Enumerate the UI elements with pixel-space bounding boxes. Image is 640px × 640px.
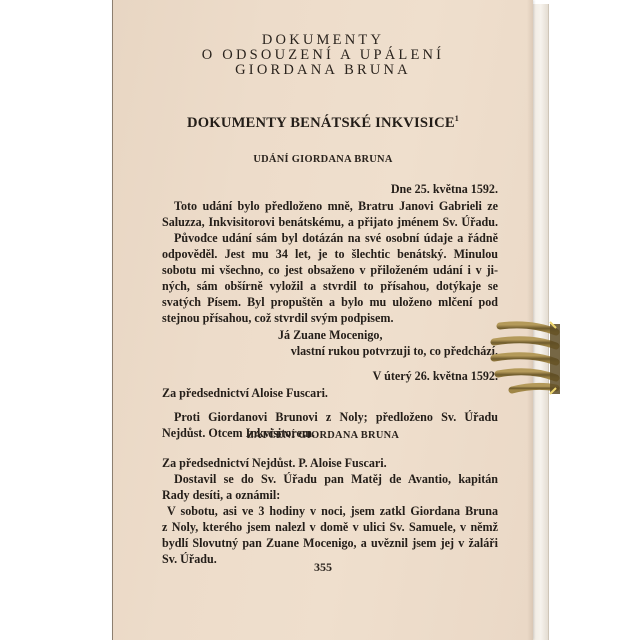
paragraph-line: Proti Giordanovi Brunovi z Noly; předlož… — [162, 410, 498, 426]
signature-line-2: vlastní rukou potvrzuji to, co předchází… — [162, 344, 498, 360]
subheading-udani: UDÁNÍ GIORDANA BRUNA — [113, 154, 533, 165]
paragraph-line: V sobotu, asi ve 3 hodiny v noci, jsem z… — [162, 504, 498, 520]
paragraph-line: z Noly, kterého jsem nalezl v domě v uli… — [162, 520, 498, 536]
paragraph-line: svatých Písem. Byl propuštěn a bylo mu u… — [162, 295, 498, 311]
paragraph-line: Původce udání sám byl dotázán na své oso… — [162, 231, 498, 247]
paragraph-line: sobotu mi všechno, co jest obsaženo v př… — [162, 263, 498, 279]
footnote-mark: 1 — [455, 114, 459, 123]
date-line-2: V úterý 26. května 1592. — [162, 369, 498, 385]
book-title-line-2: O ODSOUZENÍ A UPÁLENÍ — [113, 48, 533, 63]
paragraph-line: bydlí Slovutný pan Zuane Mocenigo, a uvě… — [162, 536, 498, 552]
section-title-text: DOKUMENTY BENÁTSKÉ INKVISICE — [187, 115, 455, 131]
book-title-line-3: GIORDANA BRUNA — [113, 63, 533, 78]
section-title: DOKUMENTY BENÁTSKÉ INKVISICE1 — [113, 114, 533, 132]
paragraph-line: odpověděl. Jest mu 34 let, je to šlechti… — [162, 247, 498, 263]
paragraph-line: Rady desíti, a oznámil: — [162, 488, 498, 504]
signature-line: Já Zuane Mocenigo, — [162, 328, 498, 344]
paragraph-line: Toto udání bylo předloženo mně, Bratru J… — [162, 199, 498, 215]
book-title-line-1: DOKUMENTY — [113, 33, 533, 48]
paragraph-line: stejnou přísahou, což stvrdil svým podpi… — [162, 311, 498, 327]
paperclip-icon — [490, 318, 562, 400]
paragraph-line: ných, sám obšírně vyložil a stvrdil to p… — [162, 279, 498, 295]
page-number: 355 — [113, 560, 533, 575]
paragraph-line: Saluzza, Inkvisitorovi benátskému, a při… — [162, 215, 498, 231]
book-title: DOKUMENTY O ODSOUZENÍ A UPÁLENÍ GIORDANA… — [113, 33, 533, 78]
chair-line: Za předsednictví Aloise Fuscari. — [162, 386, 498, 402]
book-page: DOKUMENTY O ODSOUZENÍ A UPÁLENÍ GIORDANA… — [112, 0, 533, 640]
date-line: Dne 25. května 1592. — [162, 182, 498, 198]
subheading-zatceni: ZATČENÍ GIORDANA BRUNA — [113, 430, 533, 441]
chair-line: Za předsednictví Nejdůst. P. Aloise Fusc… — [162, 456, 498, 472]
paragraph-line: Dostavil se do Sv. Úřadu pan Matěj de Av… — [162, 472, 498, 488]
